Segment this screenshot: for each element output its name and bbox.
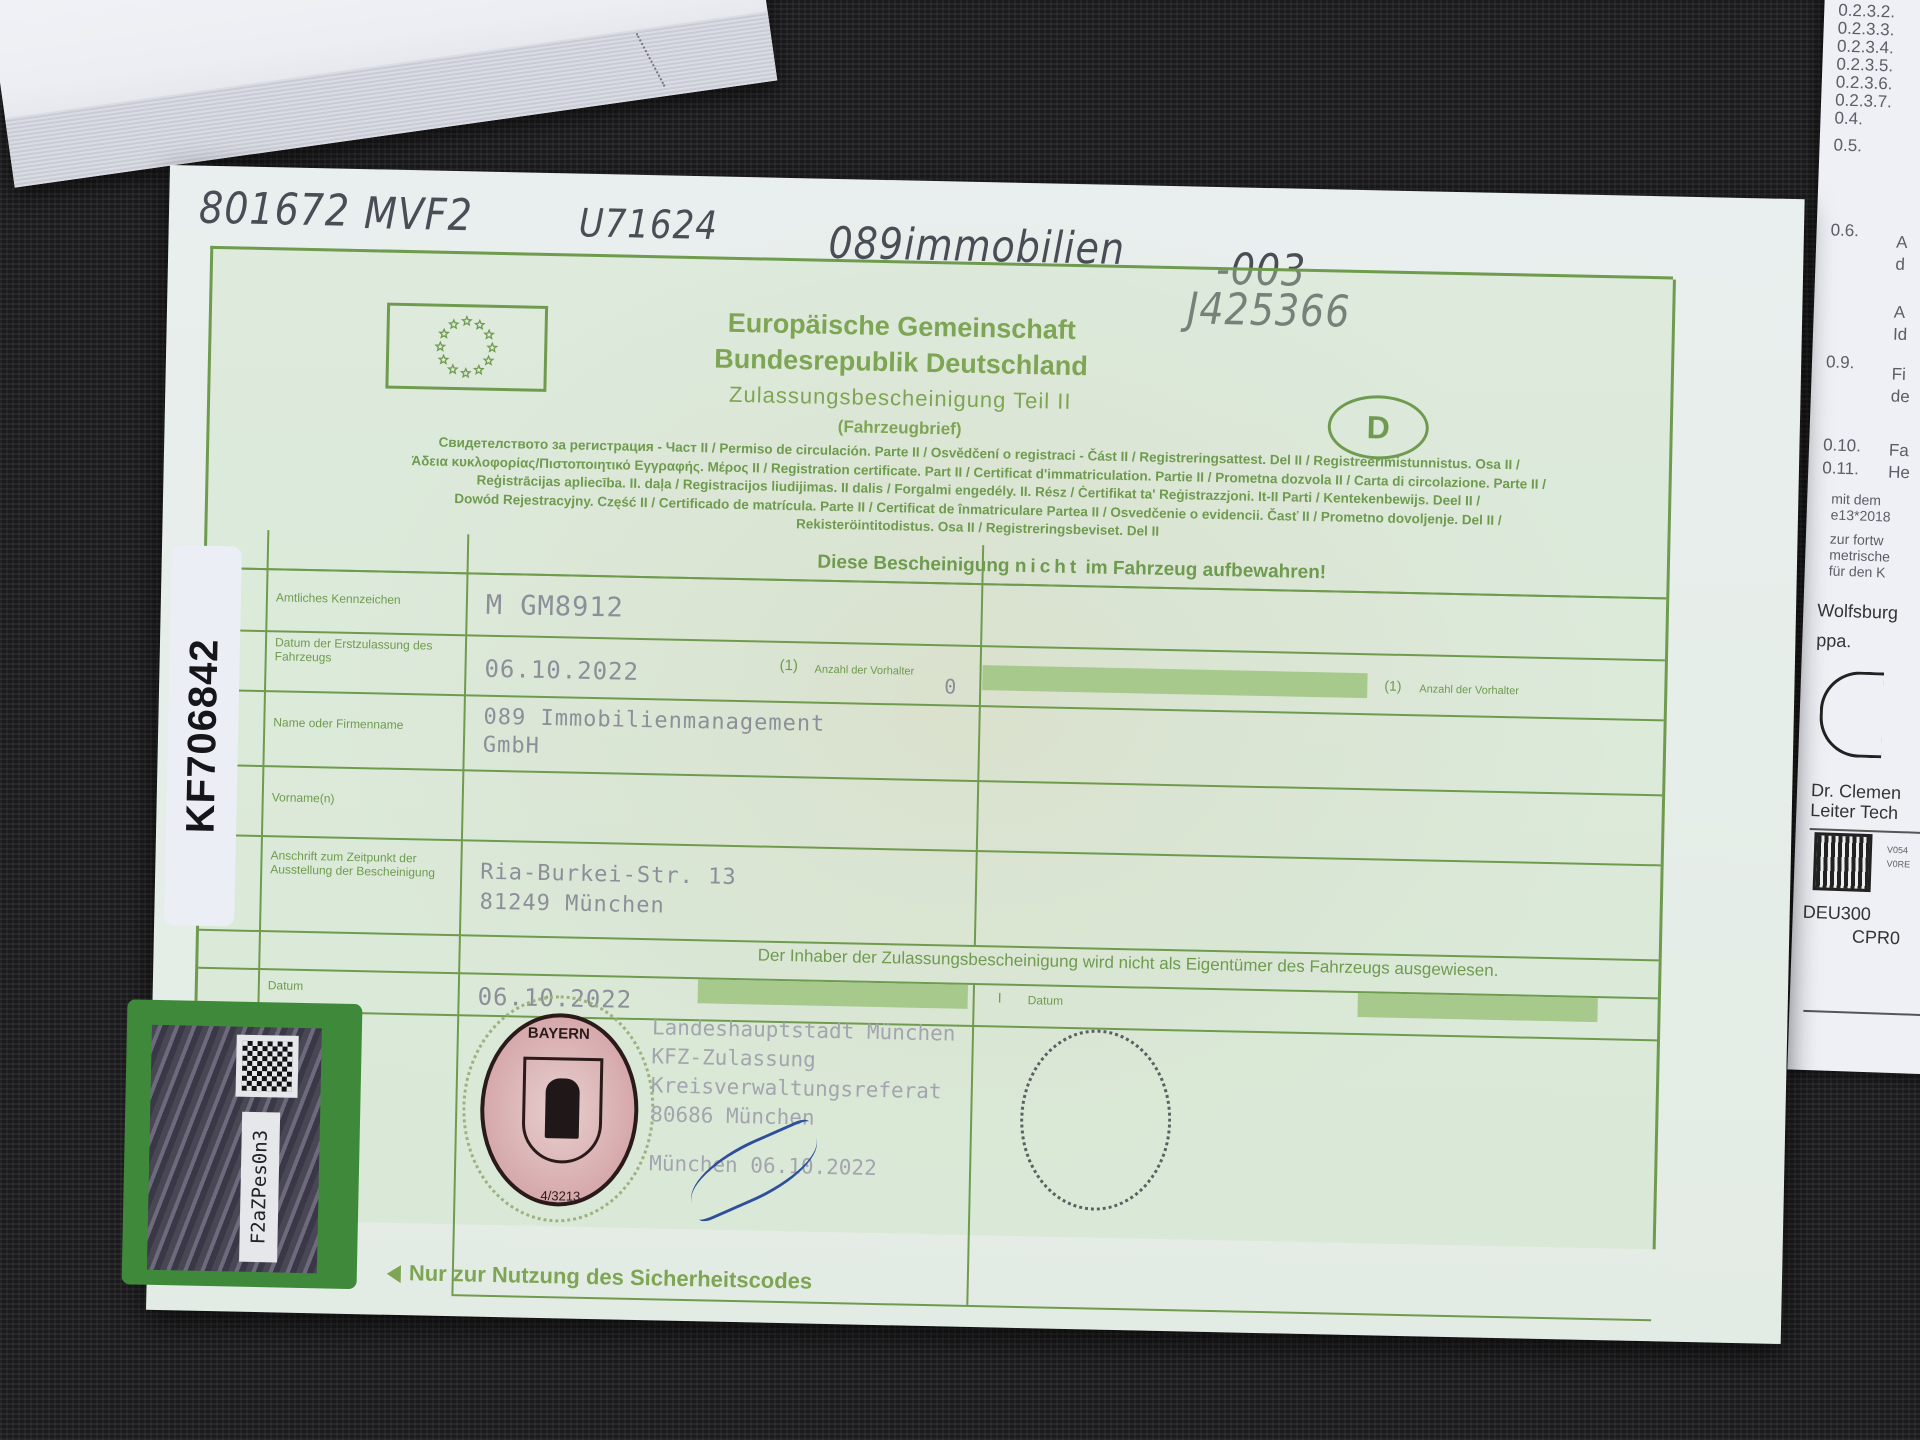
anschrift-label: Anschrift zum Zeitpunkt der Ausstellung … [270,848,451,880]
vorname-label: Vorname(n) [272,790,335,805]
arrow-left-icon [387,1265,401,1283]
receipt-item: 0.4. [1834,108,1863,129]
warning-text: im Fahrzeug aufbewahren! [1085,557,1326,583]
receipt-small-code: V054 [1887,845,1908,856]
security-code: F2aZPes0n3 [247,1130,271,1245]
receipt-fragment: de [1891,387,1911,408]
owner-notice: Der Inhaber der Zulassungsbescheinigung … [598,945,1498,978]
receipt-doc-code: CPR0 [1852,927,1901,950]
receipt-small-code: V0RE [1886,859,1910,870]
anschrift-value: Ria-Burkei-Str. 13 [480,860,737,890]
handwritten-note: MVF2 [364,188,474,241]
registration-certificate: 801672 MVF2 U71624 089immobilien -003 J4… [146,165,1805,1344]
receipt-fragment: A [1896,233,1908,253]
datamatrix-icon [236,1035,299,1098]
receipt-fragment: Id [1893,325,1908,345]
vorhalter-label-right: Anzahl der Vorhalter [1419,682,1519,698]
receipt-note: mit dem [1831,491,1881,509]
book-page-edge [5,11,777,187]
shaded-field [982,665,1367,698]
datum-label-right: Datum [1028,993,1064,1008]
coc-receipt: 0.2.3.2. 0.2.3.3. 0.2.3.4. 0.2.3.5. 0.2.… [1787,0,1920,1075]
security-note-text: Nur zur Nutzung des Sicherheitscodes [409,1260,813,1293]
security-code-panel: F2aZPes0n3 [122,999,363,1289]
receipt-divider [1810,828,1920,835]
anschrift-value: 81249 München [479,890,665,919]
receipt-item: 0.6. [1830,220,1859,241]
seal-number: 4/3213 [540,1188,580,1204]
receipt-ppa: ppa. [1816,630,1852,652]
receipt-divider [1803,1010,1920,1017]
kennzeichen-value: M GM8912 [486,590,625,624]
name-value: GmbH [483,733,540,759]
book [0,0,777,188]
receipt-fragment: A [1893,303,1905,323]
receipt-item: 0.9. [1826,352,1855,373]
receipt-signer-title: Leiter Tech [1810,800,1898,824]
security-note: Nur zur Nutzung des Sicherheitscodes [387,1260,813,1295]
shaded-field [698,979,968,1009]
serial-sticker: KF706842 [164,545,242,926]
receipt-item: 0.11. [1822,458,1859,479]
storage-warning: Diese Bescheinigung nicht im Fahrzeug au… [507,545,1637,591]
vorhalter-marker: (1) [779,659,798,673]
receipt-doc-code: DEU300 [1802,902,1871,925]
handwritten-note: U71624 [578,201,718,250]
erstzulassung-label: Datum der Erstzulassung des Fahrzeugs [275,635,456,667]
vorhalter-label: Anzahl der Vorhalter [814,663,914,679]
kennzeichen-label: Amtliches Kennzeichen [276,590,401,607]
name-value: 089 Immobilienmanagement [483,705,825,737]
vorhalter-value: 0 [944,674,958,698]
receipt-item: 0.10. [1823,435,1861,456]
country-code-badge: D [1327,394,1429,460]
receipt-fragment: Fi [1891,365,1906,385]
name-label: Name oder Firmenname [273,715,403,732]
hologram-icon: F2aZPes0n3 [147,1025,322,1274]
receipt-note: für den K [1828,562,1885,580]
receipt-note: zur fortw [1830,531,1884,549]
receipt-datamatrix-icon [1816,835,1870,889]
erstzulassung-value: 06.10.2022 [484,655,639,686]
receipt-fragment: He [1888,463,1910,484]
vorhalter-marker-right: (1) [1384,679,1401,693]
receipt-note: e13*2018 [1830,507,1890,525]
receipt-item: 0.5. [1833,135,1862,156]
muenchner-kindl-icon [545,1078,580,1139]
datum-label: Datum [268,978,304,993]
receipt-place: Wolfsburg [1817,600,1898,624]
seal-text: BAYERN [528,1025,590,1043]
receipt-fragment: d [1895,255,1905,275]
warning-emphasis: nicht [1015,556,1081,578]
handwritten-note: 801672 [199,182,351,236]
security-code-label: F2aZPes0n3 [239,1112,280,1263]
datum-marker-right: I [998,991,1002,1005]
receipt-signature [1818,670,1884,758]
serial-number: KF706842 [179,638,228,834]
shaded-field [1357,993,1597,1022]
receipt-fragment: Fa [1889,441,1910,462]
